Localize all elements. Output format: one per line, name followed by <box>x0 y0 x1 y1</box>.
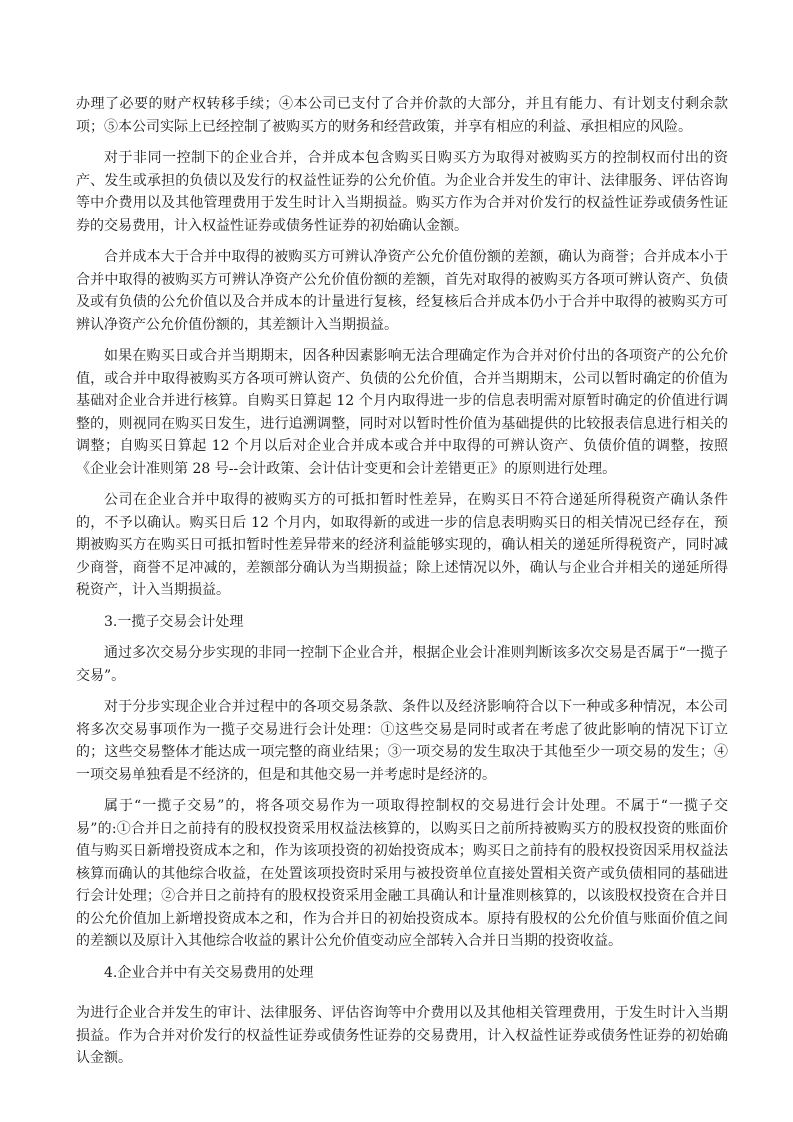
paragraph-deferred-tax: 公司在企业合并中取得的被购买方的可抵扣暂时性差异，在购买日不符合递延所得税资产确… <box>76 489 728 602</box>
paragraph-transfer-conditions: 办理了必要的财产权转移手续；④本公司已支付了合并价款的大部分，并且有能力、有计划… <box>76 93 728 138</box>
paragraph-package-deal-criteria: 对于分步实现企业合并过程中的各项交易条款、条件以及经济影响符合以下一种或多种情况… <box>76 696 728 786</box>
paragraph-transaction-costs: 为进行企业合并发生的审计、法律服务、评估咨询等中介费用以及其他相关管理费用，于发… <box>76 1002 728 1070</box>
section-heading-package-deal: 3.一揽子交易会计处理 <box>76 611 728 634</box>
paragraph-package-deal-treatment: 属于“一揽子交易”的，将各项交易作为一项取得控制权的交易进行会计处理。不属于“一… <box>76 795 728 953</box>
paragraph-goodwill: 合并成本大于合并中取得的被购买方可辨认净资产公允价值份额的差额，确认为商誉；合并… <box>76 246 728 336</box>
paragraph-provisional-values: 如果在购买日或合并当期期末，因各种因素影响无法合理确定作为合并对价付出的各项资产… <box>76 345 728 480</box>
paragraph-combination-cost: 对于非同一控制下的企业合并，合并成本包含购买日购买方为取得对被购买方的控制权而付… <box>76 147 728 237</box>
section-heading-transaction-costs: 4.企业合并中有关交易费用的处理 <box>76 962 728 985</box>
document-page: 办理了必要的财产权转移手续；④本公司已支付了合并价款的大部分，并且有能力、有计划… <box>76 93 728 1079</box>
paragraph-package-deal-intro: 通过多次交易分步实现的非同一控制下企业合并，根据企业会计准则判断该多次交易是否属… <box>76 642 728 687</box>
